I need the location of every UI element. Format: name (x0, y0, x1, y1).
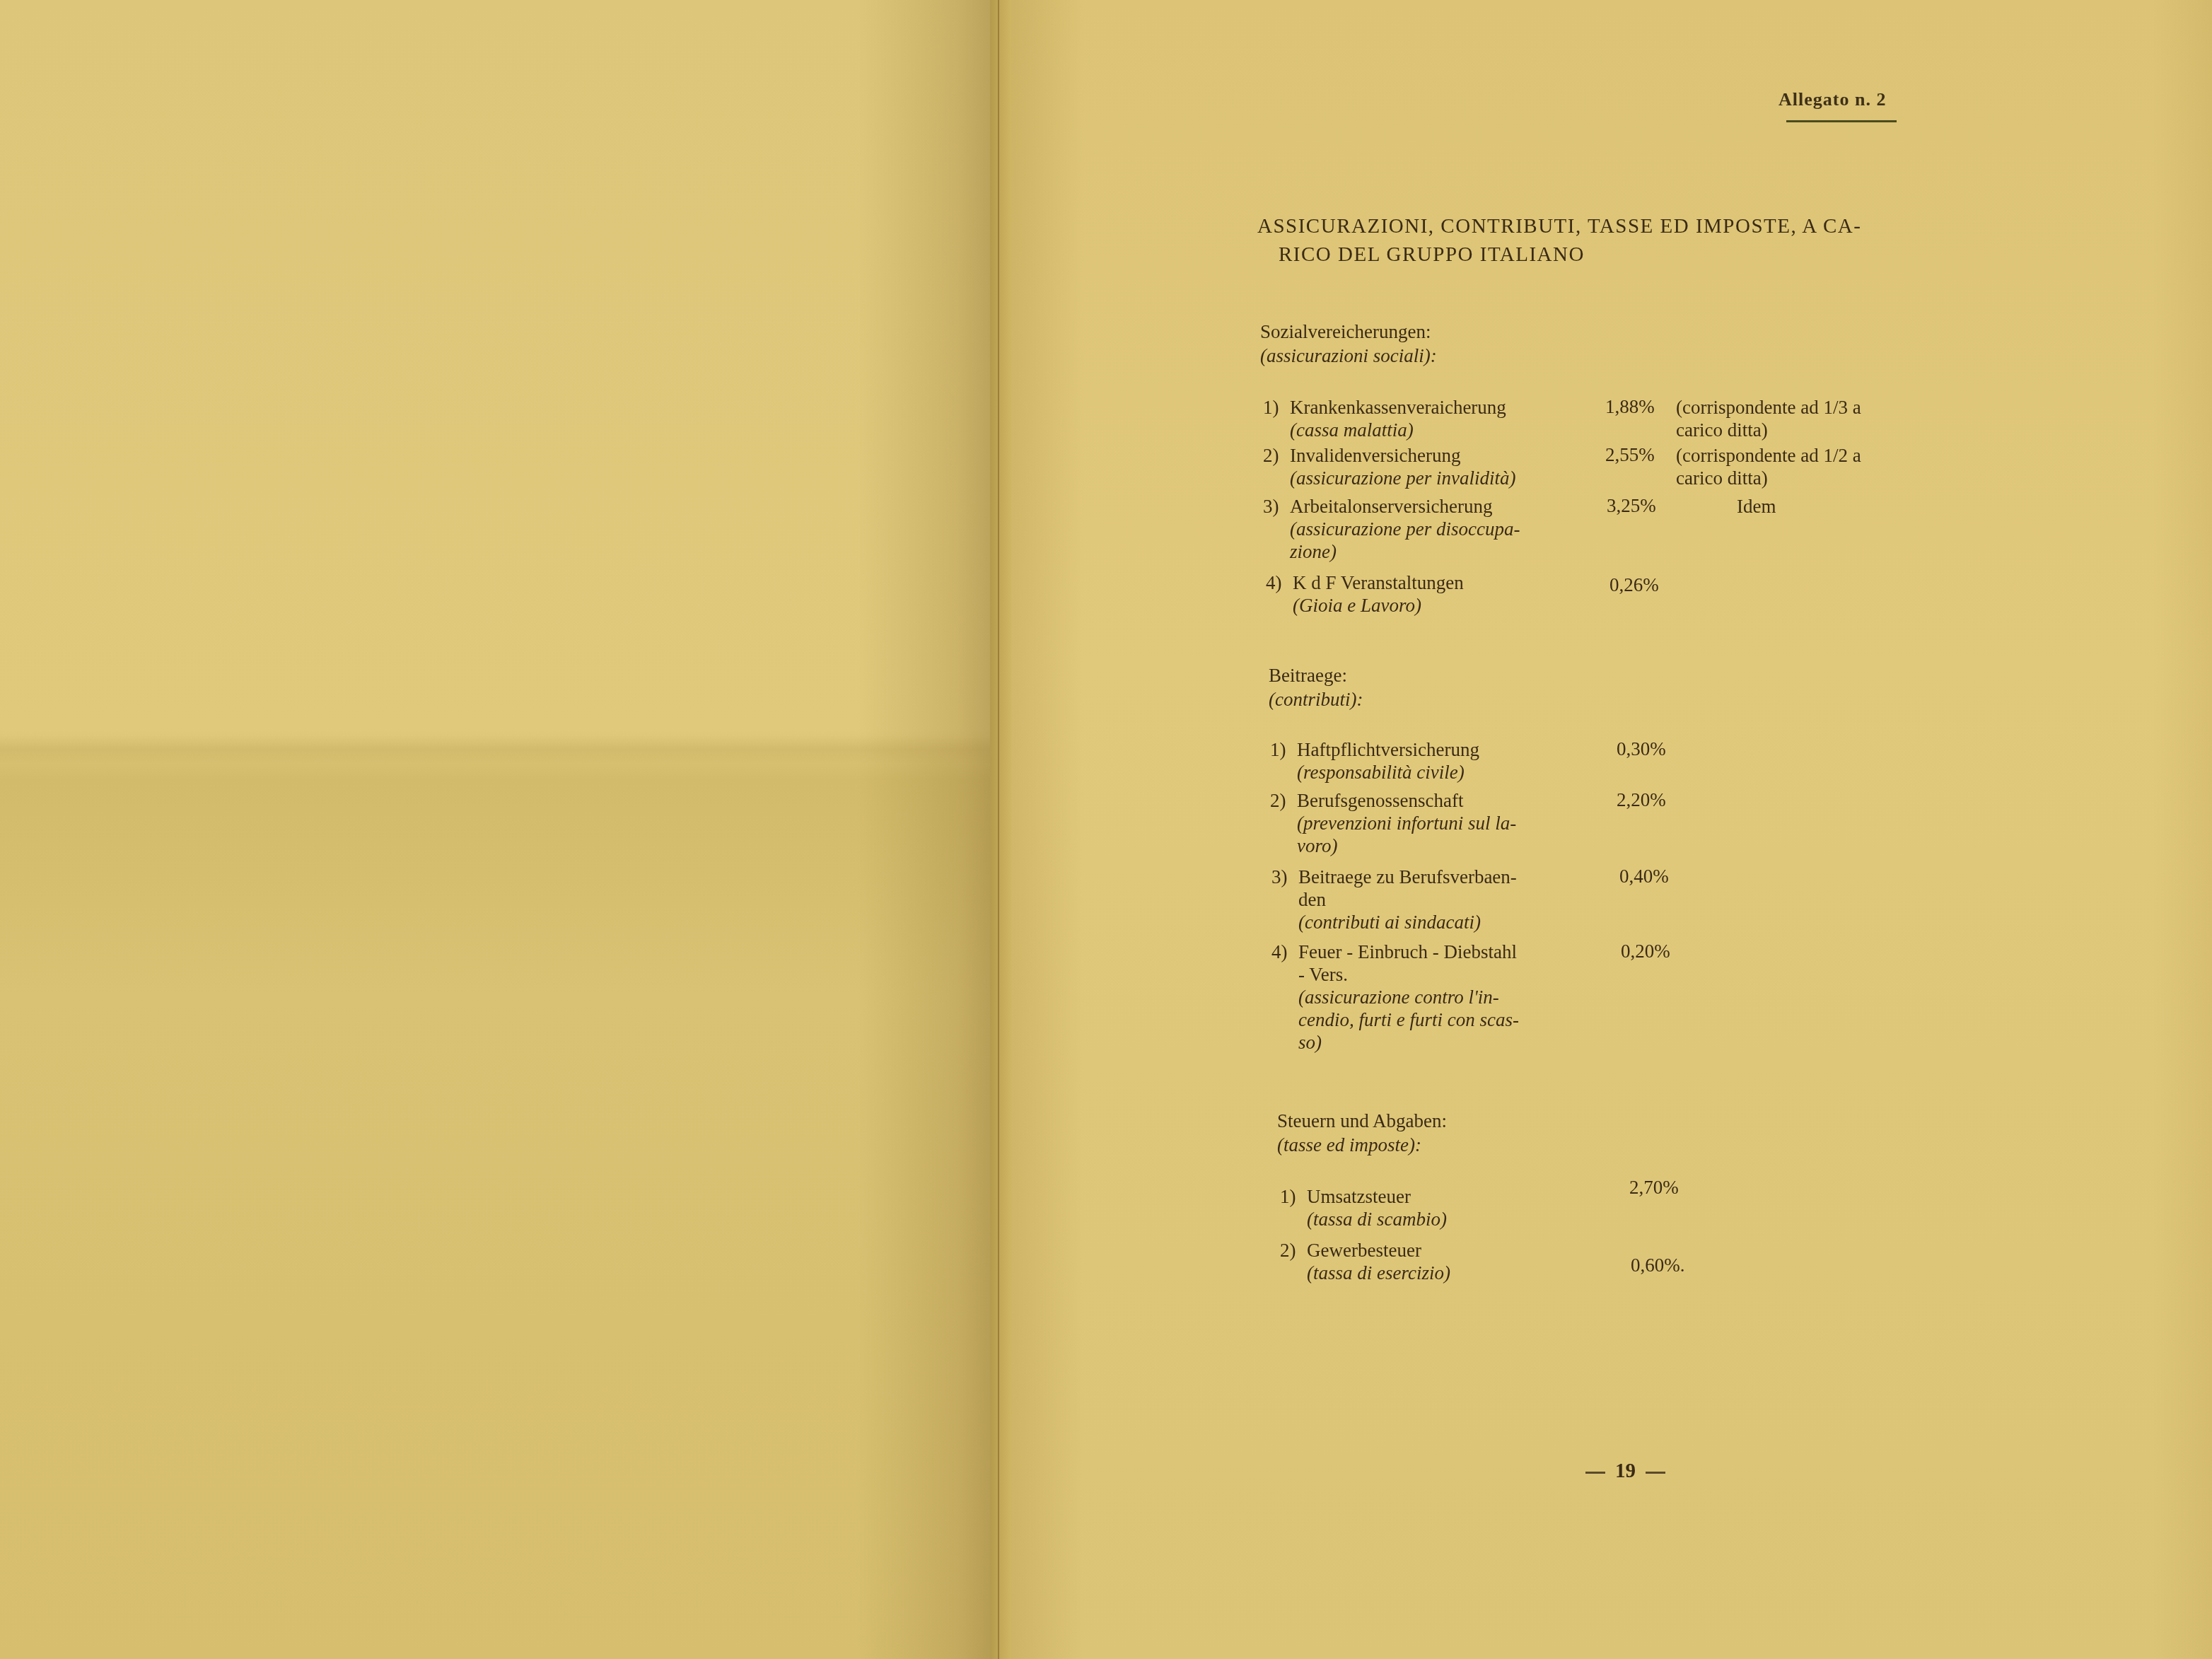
item-label-de-cont: den (1271, 888, 1517, 911)
item-label-de: Umsatzsteuer (1307, 1186, 1411, 1207)
list-item: 1)Haftpflichtversicherung (responsabilit… (1270, 738, 1479, 784)
list-item: 2)Gewerbesteuer (tassa di esercizio) (1280, 1239, 1450, 1284)
item-note: (corrispondente ad 1/2 a carico ditta) (1676, 444, 1861, 489)
item-label-de: Gewerbesteuer (1307, 1240, 1421, 1261)
item-percentage: 2,70% (1629, 1177, 1679, 1199)
item-percentage: 0,26% (1609, 574, 1659, 596)
section-heading-social-insurance: Sozialvereicherungen: (assicurazioni soc… (1260, 320, 1437, 368)
annex-underline (1786, 120, 1897, 122)
item-label-de: Invalidenversicherung (1290, 445, 1460, 466)
item-note: Idem (1737, 495, 1776, 518)
list-item: 4)Feuer - Einbruch - Diebstahl - Vers. (… (1271, 941, 1519, 1054)
item-label-de: K d F Veranstaltungen (1293, 572, 1464, 593)
item-number: 1) (1280, 1185, 1307, 1208)
item-label-de: Arbeitalonserversicherung (1290, 496, 1492, 517)
book-spread: Allegato n. 2 ASSICURAZIONI, CONTRIBUTI,… (0, 0, 2212, 1659)
note-line: Idem (1737, 495, 1776, 518)
item-label-it: (assicurazione per invalidità) (1263, 467, 1515, 489)
section-heading-de: Steuern und Abgaben: (1277, 1109, 1447, 1133)
list-item: 3)Arbeitalonserversicherung (assicurazio… (1263, 495, 1520, 563)
item-number: 3) (1263, 495, 1290, 518)
item-label-it: voro) (1270, 834, 1516, 857)
section-heading-it: (tasse ed imposte): (1277, 1133, 1447, 1157)
section-heading-it: (contributi): (1269, 687, 1363, 711)
page-title: ASSICURAZIONI, CONTRIBUTI, TASSE ED IMPO… (1257, 212, 1936, 269)
item-percentage: 0,30% (1617, 738, 1666, 760)
section-heading-de: Beitraege: (1269, 663, 1363, 687)
item-percentage: 2,55% (1605, 444, 1655, 466)
item-label-de: Beitraege zu Berufsverbaen- (1298, 866, 1517, 887)
dash-left (1585, 1472, 1605, 1474)
title-line-1: ASSICURAZIONI, CONTRIBUTI, TASSE ED IMPO… (1257, 215, 1861, 238)
note-line: carico ditta) (1676, 419, 1861, 441)
item-percentage: 0,40% (1619, 866, 1669, 887)
item-label-it: (tassa di scambio) (1280, 1208, 1447, 1230)
left-page-blank (0, 0, 997, 1659)
list-item: 4)K d F Veranstaltungen (Gioia e Lavoro) (1266, 571, 1464, 617)
item-label-de: Feuer - Einbruch - Diebstahl (1298, 941, 1517, 962)
item-label-de: Berufsgenossenschaft (1297, 790, 1463, 811)
item-label-it: (responsabilità civile) (1270, 761, 1479, 784)
list-item: 2)Invalidenversicherung (assicurazione p… (1263, 444, 1515, 489)
item-percentage: 3,25% (1607, 495, 1656, 517)
item-label-it: zione) (1263, 540, 1520, 563)
page-number-value: 19 (1615, 1460, 1636, 1482)
item-label-it: (cassa malattia) (1263, 419, 1506, 441)
item-percentage: 0,60%. (1631, 1255, 1685, 1276)
item-number: 2) (1263, 444, 1290, 467)
section-heading-de: Sozialvereicherungen: (1260, 320, 1437, 344)
section-heading-it: (assicurazioni sociali): (1260, 344, 1437, 368)
list-item: 3)Beitraege zu Berufsverbaen- den (contr… (1271, 866, 1517, 933)
page-number: 19 (1576, 1460, 1675, 1483)
item-label-it: (Gioia e Lavoro) (1266, 594, 1464, 617)
title-line-2: RICO DEL GRUPPO ITALIANO (1257, 240, 1936, 269)
item-percentage: 0,20% (1621, 941, 1670, 962)
item-label-it: (prevenzioni infortuni sul la- (1270, 812, 1516, 834)
item-number: 1) (1263, 396, 1290, 419)
item-number: 4) (1271, 941, 1298, 963)
note-line: (corrispondente ad 1/2 a (1676, 444, 1861, 467)
gutter-edge (998, 0, 999, 1659)
item-label-it: cendio, furti e furti con scas- (1271, 1008, 1519, 1031)
item-label-it: (contributi ai sindacati) (1271, 911, 1517, 933)
item-percentage: 2,20% (1617, 789, 1666, 811)
item-note: (corrispondente ad 1/3 a carico ditta) (1676, 396, 1861, 441)
item-number: 2) (1270, 789, 1297, 812)
list-item: 2)Berufsgenossenschaft (prevenzioni info… (1270, 789, 1516, 857)
item-number: 2) (1280, 1239, 1307, 1262)
item-label-de: Krankenkassenveraicherung (1290, 397, 1506, 418)
item-number: 4) (1266, 571, 1293, 594)
item-label-it: (assicurazione per disoccupa- (1263, 518, 1520, 540)
item-label-de: Haftpflichtversicherung (1297, 739, 1479, 760)
item-number: 1) (1270, 738, 1297, 761)
dash-right (1646, 1472, 1665, 1474)
paper-fold-crease (0, 735, 997, 764)
item-label-it: (assicurazione contro l'in- (1271, 986, 1519, 1008)
item-label-it: (tassa di esercizio) (1280, 1262, 1450, 1284)
item-label-it: so) (1271, 1031, 1519, 1054)
note-line: (corrispondente ad 1/3 a (1676, 396, 1861, 419)
section-heading-taxes: Steuern und Abgaben: (tasse ed imposte): (1277, 1109, 1447, 1157)
list-item: 1)Krankenkassenveraicherung (cassa malat… (1263, 396, 1506, 441)
list-item: 1)Umsatzsteuer (tassa di scambio) (1280, 1185, 1447, 1230)
item-percentage: 1,88% (1605, 396, 1655, 418)
annex-label: Allegato n. 2 (1779, 89, 1886, 110)
item-number: 3) (1271, 866, 1298, 888)
item-label-de-cont: - Vers. (1271, 963, 1519, 986)
note-line: carico ditta) (1676, 467, 1861, 489)
section-heading-contributions: Beitraege: (contributi): (1269, 663, 1363, 711)
